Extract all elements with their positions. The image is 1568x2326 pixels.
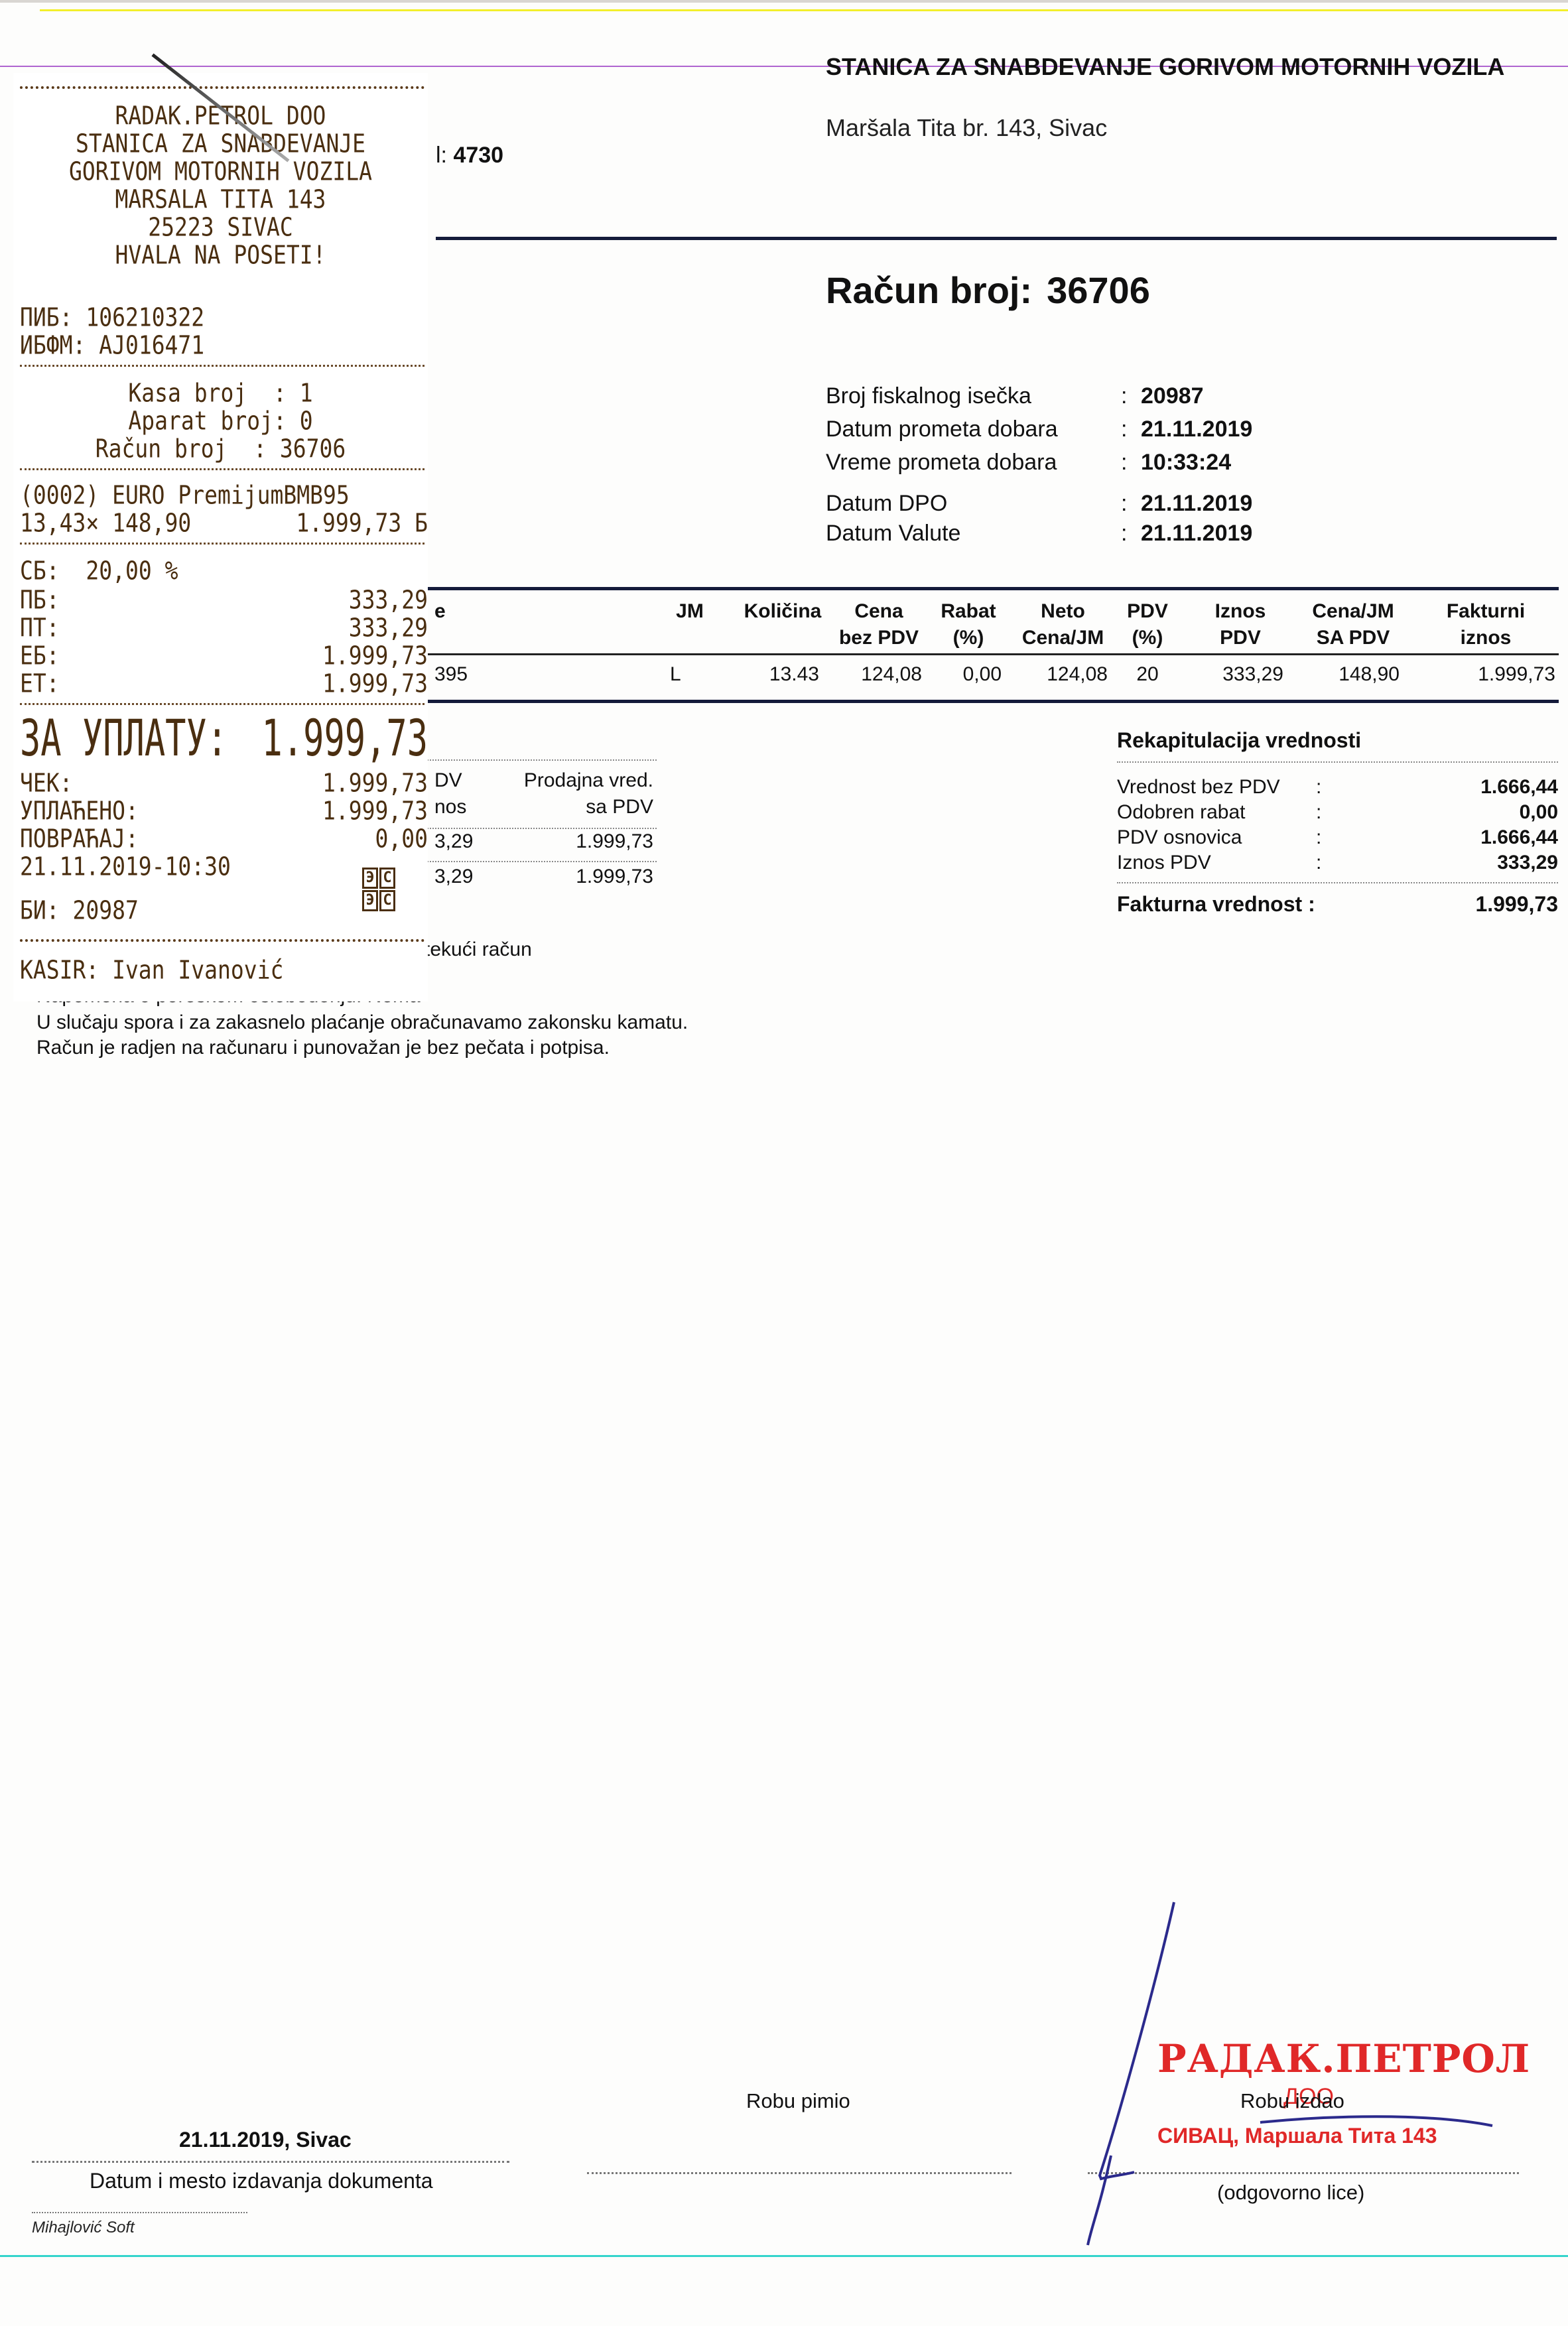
col-header-pdv: PDV(%): [1114, 598, 1181, 651]
meta-label: Datum prometa dobara: [826, 417, 1121, 442]
receipt-tax-label: ЕБ:: [20, 641, 60, 671]
col-header-neto: NetoCena/JM: [1012, 598, 1114, 651]
invoice-title: Račun broj:36706: [826, 269, 1150, 312]
received-label: Robu pimio: [746, 2089, 850, 2113]
receipt-payment-value: 0,00: [375, 824, 428, 854]
recap-row: Vrednost bez PDV:1.666,44: [1117, 776, 1558, 799]
recap-row: Odobren rabat:0,00: [1117, 801, 1558, 824]
pdv-summary-header-2: Prodajna vred.: [504, 769, 653, 792]
scan-edge: [0, 0, 1568, 3]
cell-neto: 124,08: [1012, 663, 1108, 686]
receipt-bi: БИ: 20987: [20, 895, 139, 926]
note-line: Račun je radjen na računaru i punovažan …: [36, 1037, 610, 1059]
receipt-item-qty-price: 13,43× 148,90: [20, 508, 191, 539]
receipt-tax-value: 1.999,73: [322, 669, 428, 699]
responsible-label: (odgovorno lice): [1217, 2181, 1364, 2205]
receipt-payment-label: УПЛАЋЕНО:: [20, 796, 139, 826]
meta-label: Broj fiskalnog isečka: [826, 383, 1121, 409]
receipt-header-line: MARSALA TITA 143: [13, 184, 428, 215]
receipt-payment-value: 1.999,73: [322, 768, 428, 799]
receipt-tax-label: ПТ:: [20, 613, 60, 643]
receipt-datetime: 21.11.2019-10:30: [20, 852, 231, 882]
receipt-pib: ПИБ: 106210322: [20, 302, 204, 333]
table-top-rule: [425, 587, 1559, 590]
col-header-cena-sa-pdv: Cena/JMSA PDV: [1300, 598, 1406, 651]
stamp-name: РАДАК.ПЕТРОЛ: [1157, 2036, 1530, 2081]
fiscal-logo-icon: ЭС ЭС: [362, 868, 395, 911]
meta-row: Datum Valute:21.11.2019: [826, 521, 1252, 547]
meta-value: 21.11.2019: [1141, 491, 1252, 516]
company-address: Maršala Tita br. 143, Sivac: [826, 114, 1107, 142]
software-credit: Mihajlović Soft: [32, 2219, 135, 2237]
fiscal-receipt: RADAK.PETROL DOO STANICA ZA SNABDEVANJE …: [13, 73, 428, 1001]
pdv-summary-cell: 3,29: [434, 830, 473, 853]
scan-artifact-line: [0, 2255, 1568, 2257]
receipt-header-line: HVALA NA POSETI!: [13, 240, 428, 271]
stamp-address: СИВАЦ, Маршала Тита 143: [1157, 2124, 1437, 2148]
receipt-payment-label: ЧЕК:: [20, 768, 72, 799]
partial-id: l: 4730: [436, 143, 503, 168]
receipt-tax-label: ЕТ:: [20, 669, 60, 699]
cell-kolicina: 13.43: [736, 663, 819, 686]
receipt-item-name: (0002) EURO PremijumBMB95: [20, 480, 350, 511]
cell-pdv: 20: [1121, 663, 1174, 686]
invoice-number: 36706: [1047, 269, 1150, 311]
meta-value: 21.11.2019: [1141, 417, 1252, 442]
header-rule: [436, 237, 1557, 240]
receipt-cashier: KASIR: Ivan Ivanović: [20, 955, 283, 986]
receipt-total-value: 1.999,73: [262, 708, 428, 770]
meta-row: Datum prometa dobara:21.11.2019: [826, 417, 1252, 442]
receipt-header-line: GORIVOM MOTORNIH VOZILA: [13, 157, 428, 187]
scan-artifact-line: [40, 9, 1568, 11]
receipt-total-label: ЗА УПЛАТУ:: [20, 708, 228, 770]
meta-value: 20987: [1141, 383, 1204, 409]
partial-id-label: l:: [436, 143, 447, 168]
meta-row: Broj fiskalnog isečka:20987: [826, 383, 1204, 409]
table-header-rule: [425, 653, 1559, 655]
pdv-summary-header-1b: nos: [434, 796, 466, 818]
receipt-racun: Račun broj : 36706: [13, 434, 428, 464]
recap-title: Rekapitulacija vrednosti: [1117, 728, 1361, 753]
col-header-kolicina: Količina: [736, 598, 829, 625]
receipt-tax-rate: СБ: 20,00 %: [20, 556, 178, 586]
receipt-item-total: 1.999,73 Б: [296, 508, 428, 539]
cell-iznos-pdv: 333,29: [1194, 663, 1283, 686]
cell-naziv: 395: [434, 663, 468, 686]
recap-total: Fakturna vrednost :1.999,73: [1117, 892, 1558, 917]
receipt-payment-label: ПОВРАЋАЈ:: [20, 824, 139, 854]
meta-value: 10:33:24: [1141, 450, 1231, 475]
note-line: U slučaju spora i za zakasnelo plaćanje …: [36, 1011, 688, 1034]
receipt-tax-label: ПБ:: [20, 585, 60, 615]
payment-method-partial: tekući račun: [425, 938, 532, 961]
col-header-rabat: Rabat(%): [929, 598, 1008, 651]
pdv-summary-cell: 3,29: [434, 866, 473, 888]
meta-row: Vreme prometa dobara:10:33:24: [826, 450, 1231, 476]
receipt-tax-value: 333,29: [349, 585, 428, 615]
invoice-title-label: Račun broj:: [826, 269, 1032, 311]
issue-date-place: 21.11.2019, Sivac: [179, 2128, 352, 2152]
receipt-tax-value: 333,29: [349, 613, 428, 643]
col-header-cena: Cenabez PDV: [829, 598, 929, 651]
receipt-tax-value: 1.999,73: [322, 641, 428, 671]
recap-total-value: 1.999,73: [1475, 892, 1558, 917]
meta-value: 21.11.2019: [1141, 521, 1252, 546]
meta-label: Datum DPO: [826, 491, 1121, 517]
company-name: STANICA ZA SNABDEVANJE GORIVOM MOTORNIH …: [826, 50, 1555, 84]
meta-row: Datum DPO:21.11.2019: [826, 491, 1252, 517]
receipt-aparat: Aparat broj: 0: [13, 406, 428, 436]
cell-rabat: 0,00: [929, 663, 1002, 686]
receipt-ibfm: ИБФМ: AJ016471: [20, 330, 204, 361]
cell-jm: L: [670, 663, 690, 686]
col-header-jm: JM: [670, 598, 710, 625]
recap-total-label: Fakturna vrednost :: [1117, 892, 1315, 916]
pdv-summary-cell: 1.999,73: [504, 866, 653, 888]
receipt-payment-value: 1.999,73: [322, 796, 428, 826]
cell-fakturni: 1.999,73: [1426, 663, 1555, 686]
issue-label: Datum i mesto izdavanja dokumenta: [90, 2169, 433, 2193]
receipt-header-line: STANICA ZA SNABDEVANJE: [13, 129, 428, 159]
pdv-summary-header-1: DV: [434, 769, 462, 792]
recap-row: Iznos PDV:333,29: [1117, 852, 1558, 874]
pdv-summary-cell: 1.999,73: [504, 830, 653, 853]
cell-cena-sa-pdv: 148,90: [1300, 663, 1400, 686]
cell-cena: 124,08: [829, 663, 922, 686]
col-header-iznos-pdv: IznosPDV: [1194, 598, 1287, 651]
partial-id-value: 4730: [453, 143, 503, 168]
table-bottom-rule: [425, 700, 1559, 703]
meta-label: Datum Valute: [826, 521, 1121, 547]
pdv-summary-header-2b: sa PDV: [504, 796, 653, 818]
recap-row: PDV osnovica:1.666,44: [1117, 826, 1558, 849]
receipt-header-line: 25223 SIVAC: [13, 212, 428, 243]
company-stamp: РАДАК.ПЕТРОЛ ДОО СИВАЦ, Маршала Тита 143: [1157, 2036, 1530, 2081]
receipt-kasa: Kasa broj : 1: [13, 378, 428, 409]
col-header-fakturni: Fakturniiznos: [1426, 598, 1545, 651]
col-header-naziv: e: [434, 598, 446, 625]
meta-label: Vreme prometa dobara: [826, 450, 1121, 476]
issued-label: Robu izdao: [1240, 2089, 1344, 2113]
